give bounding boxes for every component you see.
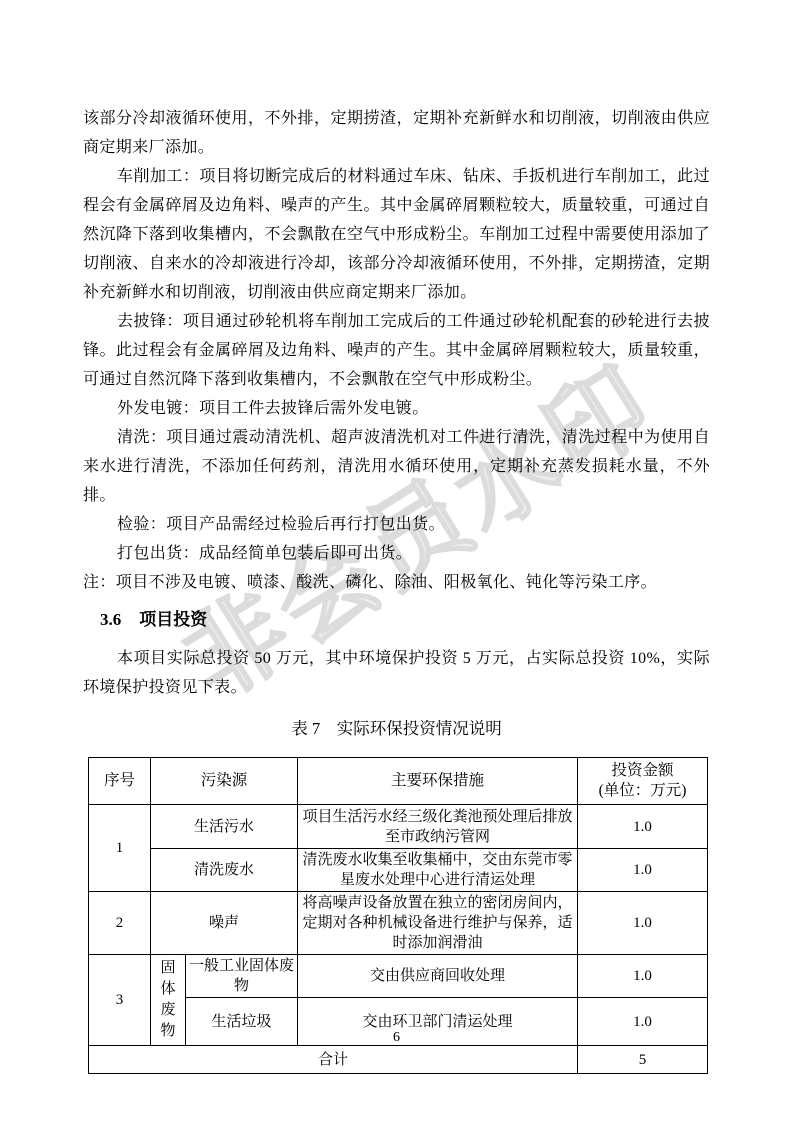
paragraph-cooling-continuation: 该部分冷却液循环使用，不外排，定期捞渣，定期补充新鲜水和切削液，切削液由供应商定… [83, 104, 710, 162]
cell-source-cleaning-wastewater: 清洗废水 [151, 849, 298, 892]
paragraph-investment: 本项目实际总投资 50 万元，其中环境保护投资 5 万元，占实际总投资 10%，… [83, 644, 710, 702]
header-cell-source: 污染源 [151, 758, 298, 805]
page-number: 6 [0, 1030, 793, 1046]
table-row: 2 噪声 将高噪声设备放置在独立的密闭房间内，定期对各种机械设备进行维护与保养，… [89, 892, 708, 955]
table-row: 1 生活污水 项目生活污水经三级化粪池预处理后排放至市政纳污管网 1.0 [89, 805, 708, 849]
cell-measure-domestic-sewage: 项目生活污水经三级化粪池预处理后排放至市政纳污管网 [298, 805, 578, 849]
paragraph-note: 注：项目不涉及电镀、喷漆、酸洗、磷化、除油、阳极氧化、钝化等污染工序。 [83, 568, 710, 597]
table-row: 清洗废水 清洗废水收集至收集桶中，交由东莞市零星废水处理中心进行清运处理 1.0 [89, 849, 708, 892]
paragraph-inspection: 检验：项目产品需经过检验后再行打包出货。 [83, 510, 710, 539]
cell-measure-noise: 将高噪声设备放置在独立的密闭房间内，定期对各种机械设备进行维护与保养，适时添加润… [298, 892, 578, 955]
paragraph-turning-process: 车削加工：项目将切断完成后的材料通过车床、钻床、手扳机进行车削加工，此过程会有金… [83, 162, 710, 307]
cell-source-domestic-sewage: 生活污水 [151, 805, 298, 849]
table-title: 表 7 实际环保投资情况说明 [83, 714, 710, 743]
page-content: 该部分冷却液循环使用，不外排，定期捞渣，定期补充新鲜水和切削液，切削液由供应商定… [83, 104, 710, 1074]
cell-amount-noise: 1.0 [578, 892, 708, 955]
document-page: 非会员水印 该部分冷却液循环使用，不外排，定期捞渣，定期补充新鲜水和切削液，切削… [0, 0, 793, 1122]
investment-table: 序号 污染源 主要环保措施 投资金额 (单位：万元) 1 生活污水 项目生活污水… [88, 757, 708, 1074]
cell-no-1: 1 [89, 805, 151, 892]
table-row: 3 固体废物 一般工业固体废物 交由供应商回收处理 1.0 [89, 955, 708, 998]
paragraph-deburring: 去披锋：项目通过砂轮机将车削加工完成后的工件通过砂轮机配套的砂轮进行去披锋。此过… [83, 307, 710, 394]
header-cell-measure: 主要环保措施 [298, 758, 578, 805]
cell-total-amount: 5 [578, 1046, 708, 1074]
table-total-row: 合计 5 [89, 1046, 708, 1074]
header-amount-line2: (单位：万元) [581, 781, 704, 801]
cell-source-noise: 噪声 [151, 892, 298, 955]
paragraph-cleaning: 清洗：项目通过震动清洗机、超声波清洗机对工件进行清洗，清洗过程中为使用自来水进行… [83, 423, 710, 510]
cell-total-label: 合计 [89, 1046, 578, 1074]
cell-amount-cleaning-wastewater: 1.0 [578, 849, 708, 892]
section-heading: 3.6项目投资 [83, 605, 710, 634]
cell-no-2: 2 [89, 892, 151, 955]
cell-amount-domestic-sewage: 1.0 [578, 805, 708, 849]
cell-source-industrial-solid-waste: 一般工业固体废物 [186, 955, 298, 998]
section-number: 3.6 [100, 610, 121, 629]
table-header-row: 序号 污染源 主要环保措施 投资金额 (单位：万元) [89, 758, 708, 805]
header-cell-amount: 投资金额 (单位：万元) [578, 758, 708, 805]
paragraph-outsourced-plating: 外发电镀：项目工件去披锋后需外发电镀。 [83, 394, 710, 423]
cell-amount-industrial-solid-waste: 1.0 [578, 955, 708, 998]
header-cell-no: 序号 [89, 758, 151, 805]
cell-measure-cleaning-wastewater: 清洗废水收集至收集桶中，交由东莞市零星废水处理中心进行清运处理 [298, 849, 578, 892]
paragraph-packing: 打包出货：成品经简单包装后即可出货。 [83, 539, 710, 568]
section-title: 项目投资 [139, 610, 207, 629]
cell-measure-industrial-solid-waste: 交由供应商回收处理 [298, 955, 578, 998]
header-amount-line1: 投资金额 [581, 761, 704, 781]
